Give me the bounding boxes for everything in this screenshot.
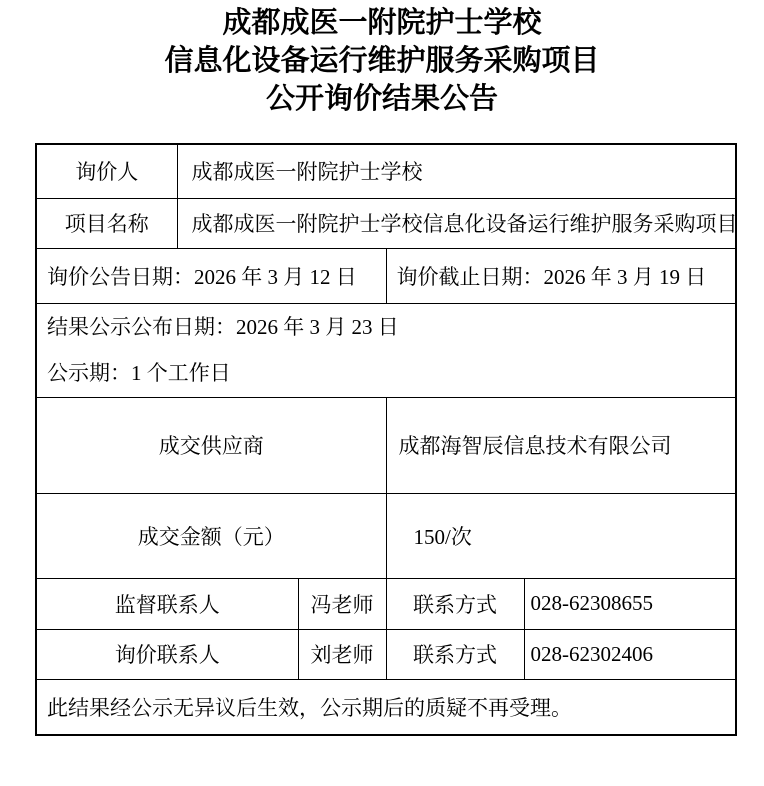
supervisor-phone: 028-62308655 (524, 578, 736, 629)
row-dates: 询价公告日期：2026 年 3 月 12 日 询价截止日期：2026 年 3 月… (36, 248, 736, 303)
amount-label: 成交金额（元） (36, 493, 386, 578)
supplier-value: 成都海智辰信息技术有限公司 (386, 397, 736, 493)
row-supplier: 成交供应商 成都海智辰信息技术有限公司 (36, 397, 736, 493)
publicity-cell: 结果公示公布日期：2026 年 3 月 23 日 公示期：1 个工作日 (36, 303, 736, 397)
title-line-3: 公开询价结果公告 (0, 80, 764, 118)
inquiry-contact-phone: 028-62302406 (524, 629, 736, 679)
document-title: 成都成医一附院护士学校 信息化设备运行维护服务采购项目 公开询价结果公告 (0, 4, 764, 118)
supervisor-contact-label: 联系方式 (386, 578, 524, 629)
result-publish-date: 结果公示公布日期：2026 年 3 月 23 日 (47, 317, 734, 338)
publicity-period: 公示期：1 个工作日 (47, 363, 734, 384)
supplier-label: 成交供应商 (36, 397, 386, 493)
project-label: 项目名称 (36, 198, 177, 248)
title-line-2: 信息化设备运行维护服务采购项目 (0, 42, 764, 80)
row-inquiry-contact: 询价联系人 刘老师 联系方式 028-62302406 (36, 629, 736, 679)
inquirer-value: 成都成医一附院护士学校 (177, 144, 736, 198)
row-amount: 成交金额（元） 150/次 (36, 493, 736, 578)
announcement-table: 询价人 成都成医一附院护士学校 项目名称 成都成医一附院护士学校信息化设备运行维… (35, 143, 737, 736)
row-inquirer: 询价人 成都成医一附院护士学校 (36, 144, 736, 198)
supervisor-name: 冯老师 (298, 578, 386, 629)
title-line-1: 成都成医一附院护士学校 (0, 4, 764, 42)
row-note: 此结果经公示无异议后生效，公示期后的质疑不再受理。 (36, 679, 736, 735)
inquiry-contact-label: 询价联系人 (36, 629, 298, 679)
inquiry-contact-name: 刘老师 (298, 629, 386, 679)
inquirer-label: 询价人 (36, 144, 177, 198)
project-value: 成都成医一附院护士学校信息化设备运行维护服务采购项目 (177, 198, 736, 248)
row-project: 项目名称 成都成医一附院护士学校信息化设备运行维护服务采购项目 (36, 198, 736, 248)
row-supervisor-contact: 监督联系人 冯老师 联系方式 028-62308655 (36, 578, 736, 629)
amount-value: 150/次 (386, 493, 736, 578)
inquiry-contact-method-label: 联系方式 (386, 629, 524, 679)
row-publicity: 结果公示公布日期：2026 年 3 月 23 日 公示期：1 个工作日 (36, 303, 736, 397)
supervisor-label: 监督联系人 (36, 578, 298, 629)
announce-date: 询价公告日期：2026 年 3 月 12 日 (36, 248, 386, 303)
footer-note: 此结果经公示无异议后生效，公示期后的质疑不再受理。 (36, 679, 736, 735)
deadline-date: 询价截止日期：2026 年 3 月 19 日 (386, 248, 736, 303)
